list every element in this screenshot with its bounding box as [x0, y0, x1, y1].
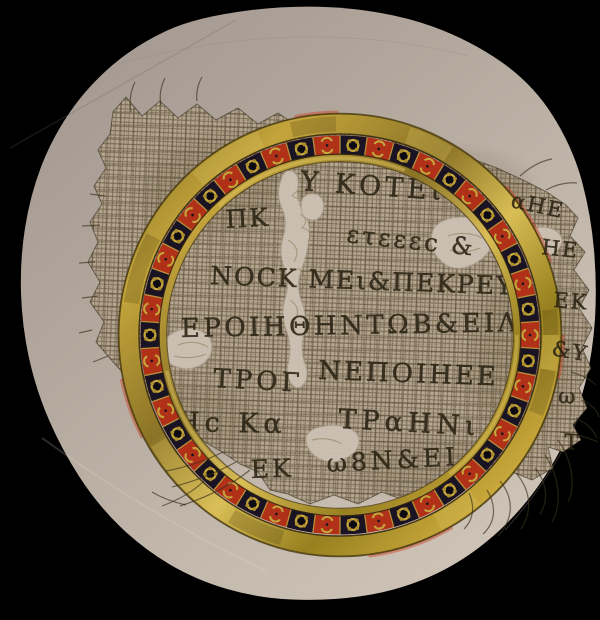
inscription-line: ΠΚ [225, 203, 271, 234]
ring-motif-rosette [522, 354, 535, 367]
inscription-line: ΝΕΠΟΙΗΕΕ [318, 356, 500, 392]
inscription-fragment: ΕΚ [553, 288, 590, 314]
artifact-photograph: Υ ΚΟΤΕι ΠΚ ετεεεc & ΝΟCΚ ΜΕι&ΠΕΚΡΕΥΓ ΕΡΟ… [0, 0, 600, 620]
inscription-fragment: ΗΕ [540, 235, 580, 263]
ring-motif-rosette [347, 139, 359, 151]
rosette-petal [152, 337, 156, 341]
rosette-petal [152, 329, 156, 333]
rosette-petal [144, 329, 148, 333]
inscription-line: ΕΡΟΙΗΘΗΝΤΩΒ&ΕΙΛ [181, 308, 521, 344]
ring-motif-rosette [347, 518, 359, 530]
ring-motif-rosette [294, 142, 308, 156]
inscription-line: ΤΡΟΓ [213, 364, 305, 399]
rosette-petal [144, 337, 148, 341]
crescent-center-dot [529, 334, 532, 337]
artifact-scene: Υ ΚΟΤΕι ΠΚ ετεεεc & ΝΟCΚ ΜΕι&ΠΕΚΡΕΥΓ ΕΡΟ… [0, 0, 600, 620]
ring-motif-rosette [522, 303, 535, 316]
inscription-line: ΕΚ [250, 454, 294, 484]
ring-motif-rosette [144, 329, 156, 341]
ring-motif-rosette [294, 514, 308, 528]
inscription-fragment: ω [558, 384, 576, 409]
rosette-center [148, 333, 152, 337]
